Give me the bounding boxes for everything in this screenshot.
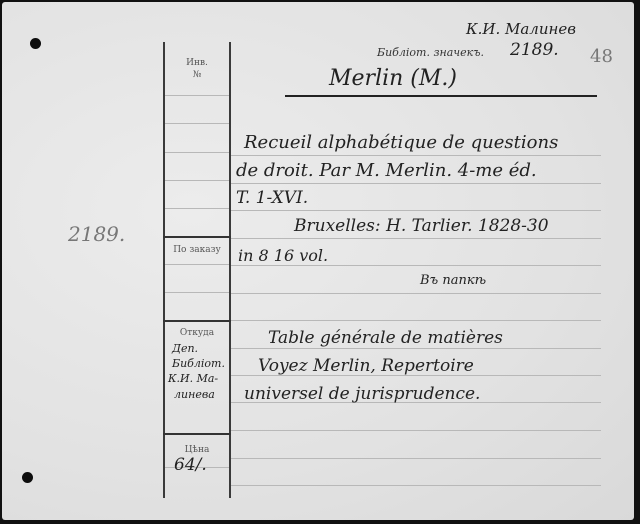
source-line-1: Деп. — [172, 342, 198, 355]
body-rule — [231, 458, 601, 459]
column-divider-order — [163, 236, 231, 238]
column-rule — [165, 292, 229, 293]
column-rule — [165, 152, 229, 153]
left-column-border-left — [163, 42, 165, 498]
body-rule — [231, 183, 601, 184]
source-label: Откуда — [165, 328, 229, 338]
body-rule — [231, 210, 601, 211]
column-rule — [165, 123, 229, 124]
author-heading-underline — [285, 95, 597, 97]
body-rule — [231, 485, 601, 486]
owner-name: К.И. Малинев — [466, 20, 576, 38]
column-rule — [165, 180, 229, 181]
body-rule — [231, 265, 601, 266]
format-line: in 8 16 vol. — [238, 246, 328, 265]
body-rule — [231, 320, 601, 321]
body-rule — [231, 348, 601, 349]
column-rule — [165, 95, 229, 96]
title-line-1: Recueil alphabétique de questions — [244, 132, 558, 153]
price-label: Цѣна — [165, 445, 229, 455]
source-line-3: К.И. Ма- — [168, 372, 218, 385]
body-rule — [231, 238, 601, 239]
column-divider-source — [163, 320, 231, 322]
price-value: 64/. — [174, 455, 207, 475]
note-line-1: Table générale de matières — [268, 328, 503, 348]
imprint-line: Bruxelles: H. Tarlier. 1828-30 — [294, 216, 549, 236]
pencil-number-left: 2189. — [68, 222, 125, 246]
note-line-2: Voyez Merlin, Repertoire — [258, 356, 474, 376]
note-line-3: universel de jurisprudence. — [244, 384, 480, 404]
catalog-card: К.И. Малинев Библіот. значекъ. 2189. 48 … — [2, 2, 634, 520]
source-line-2: Библіот. — [172, 357, 225, 370]
inv-label: Инв. — [165, 58, 229, 68]
pencil-number-top: 48 — [590, 46, 613, 67]
punch-hole-top — [30, 38, 41, 49]
punch-hole-bottom — [22, 472, 33, 483]
title-line-2: de droit. Par M. Merlin. 4-me éd. — [236, 160, 537, 181]
column-rule — [165, 264, 229, 265]
volumes-range: T. 1-XVI. — [236, 188, 308, 208]
inv-no-label: № — [165, 70, 229, 80]
source-line-4: линева — [174, 388, 215, 401]
library-mark-value: 2189. — [510, 40, 559, 60]
body-rule — [231, 155, 601, 156]
column-rule — [165, 208, 229, 209]
body-rule — [231, 293, 601, 294]
binding-note: Въ папкѣ — [420, 273, 486, 288]
order-label: По заказу — [165, 245, 229, 255]
column-divider-price — [163, 433, 231, 435]
library-mark-label: Библіот. значекъ. — [377, 46, 484, 59]
body-rule — [231, 430, 601, 431]
author-heading: Merlin (M.) — [329, 66, 457, 91]
